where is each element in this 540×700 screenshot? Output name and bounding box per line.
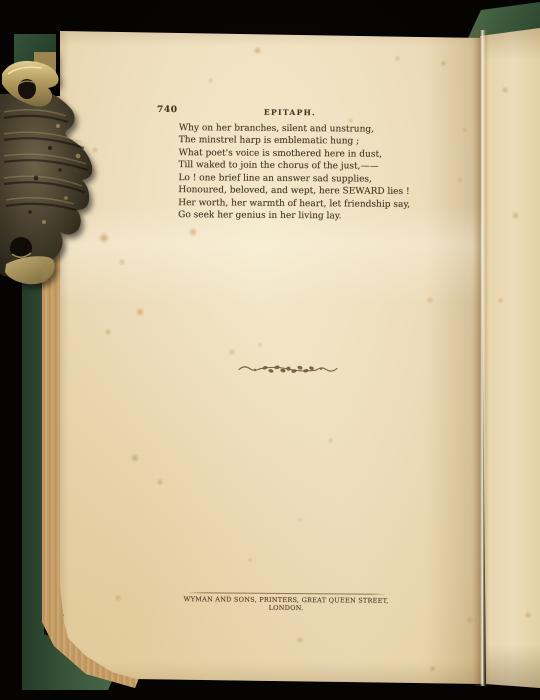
floral-ornament-icon: [237, 362, 339, 377]
poem-line: Go seek her genius in her living lay.: [178, 209, 410, 223]
imprint-rule: [189, 592, 385, 595]
poem: Why on her branches, silent and unstrung…: [178, 122, 411, 223]
page-heading: EPITAPH.: [174, 107, 406, 118]
book-clasp: [0, 52, 98, 296]
printer-imprint: WYMAN AND SONS, PRINTERS, GREAT QUEEN ST…: [170, 595, 402, 613]
photo-open-antique-book: 740 EPITAPH. Why on her branches, silent…: [0, 0, 540, 700]
